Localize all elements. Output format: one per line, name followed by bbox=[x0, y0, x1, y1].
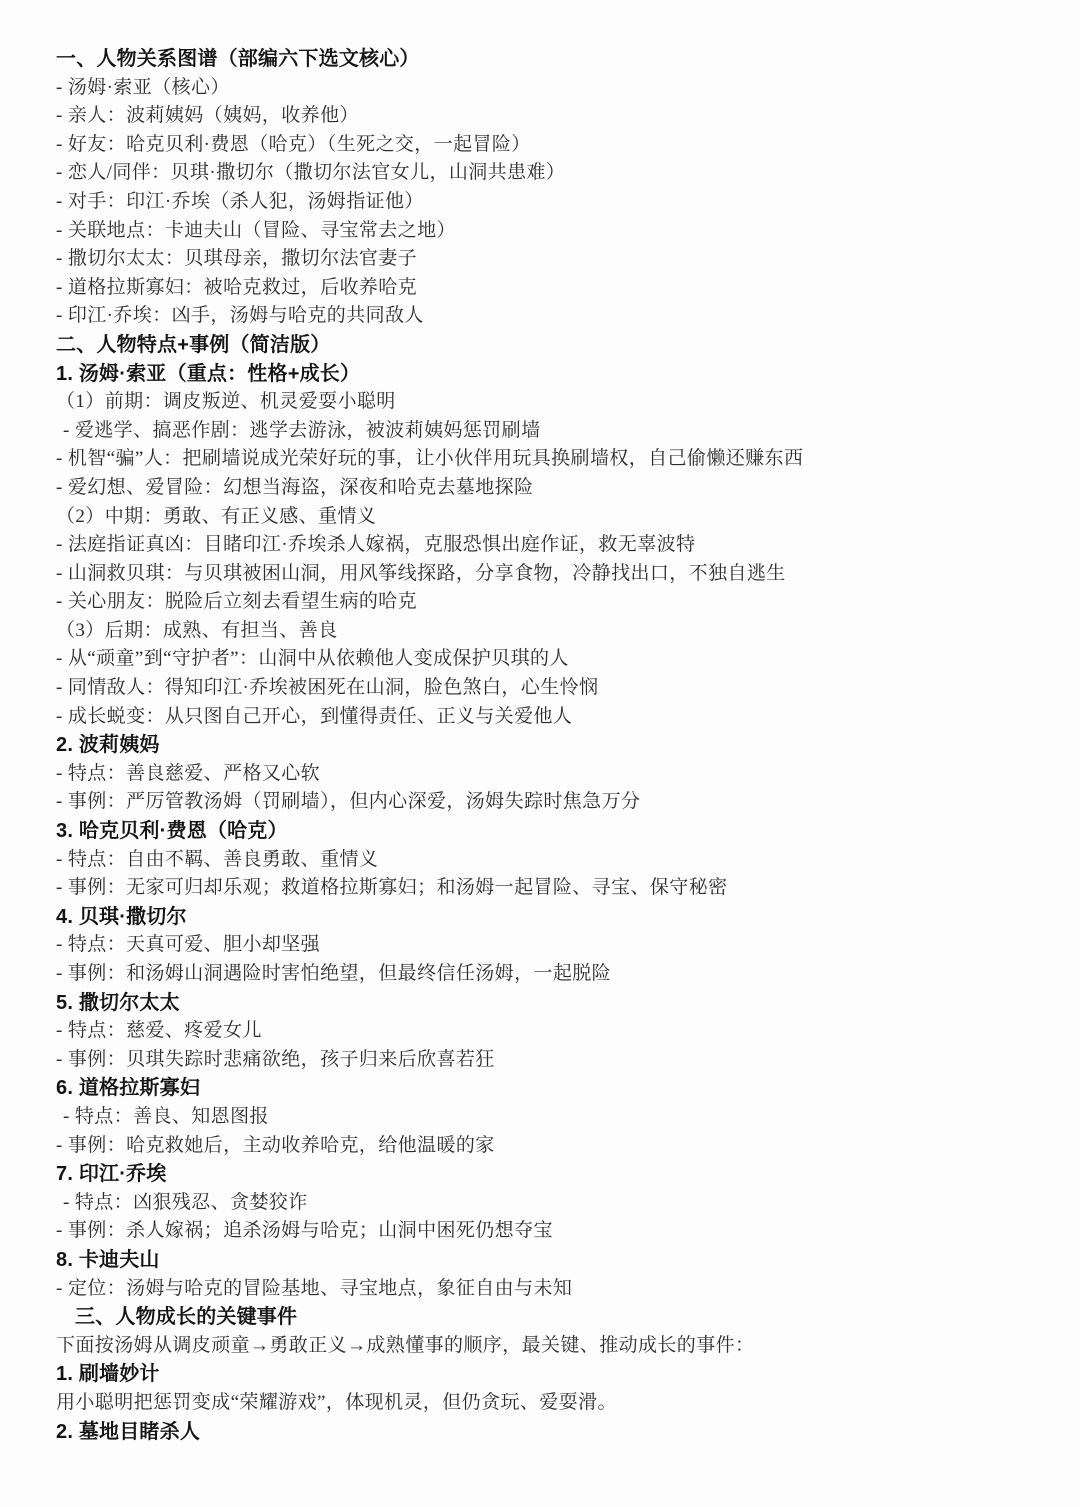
event-description: 用小聪明把惩罚变成“荣耀游戏”，体现机灵，但仍贪玩、爱耍滑。 bbox=[56, 1389, 1050, 1418]
character-heading-tom: 1. 汤姆·索亚（重点：性格+成长） bbox=[56, 360, 1050, 389]
character-heading-huck: 3. 哈克贝利·费恩（哈克） bbox=[56, 817, 1050, 846]
section-3-heading: 三、人物成长的关键事件 bbox=[56, 1303, 1050, 1332]
character-detail-line: - 爱幻想、爱冒险：幻想当海盗，深夜和哈克去墓地探险 bbox=[56, 474, 1050, 503]
character-detail-line: - 特点：慈爱、疼爱女儿 bbox=[56, 1017, 1050, 1046]
character-detail-line: - 事例：严厉管教汤姆（罚刷墙），但内心深爱，汤姆失踪时焦急万分 bbox=[56, 788, 1050, 817]
event-heading: 2. 墓地目睹杀人 bbox=[56, 1418, 1050, 1447]
relationship-line: - 道格拉斯寡妇：被哈克救过，后收养哈克 bbox=[56, 274, 1050, 303]
character-detail-line: - 事例：和汤姆山洞遇险时害怕绝望，但最终信任汤姆，一起脱险 bbox=[56, 960, 1050, 989]
relationship-line: - 对手：印江·乔埃（杀人犯，汤姆指证他） bbox=[56, 188, 1050, 217]
character-heading-widow-douglas: 6. 道格拉斯寡妇 bbox=[56, 1074, 1050, 1103]
character-detail-line: - 关心朋友：脱险后立刻去看望生病的哈克 bbox=[56, 588, 1050, 617]
character-heading-injun-joe: 7. 印江·乔埃 bbox=[56, 1160, 1050, 1189]
relationship-line: - 汤姆·索亚（核心） bbox=[56, 74, 1050, 103]
relationship-line: - 撒切尔太太：贝琪母亲，撒切尔法官妻子 bbox=[56, 245, 1050, 274]
relationship-line: - 好友：哈克贝利·费恩（哈克）（生死之交，一起冒险） bbox=[56, 131, 1050, 160]
section-2-heading: 二、人物特点+事例（简洁版） bbox=[56, 331, 1050, 360]
section-3-intro: 下面按汤姆从调皮顽童→勇敢正义→成熟懂事的顺序，最关键、推动成长的事件： bbox=[56, 1332, 1050, 1361]
character-detail-line: - 特点：善良、知恩图报 bbox=[56, 1103, 1050, 1132]
character-detail-line: （2）中期：勇敢、有正义感、重情义 bbox=[56, 503, 1050, 532]
character-detail-line: - 事例：无家可归却乐观；救道格拉斯寡妇；和汤姆一起冒险、寻宝、保守秘密 bbox=[56, 874, 1050, 903]
character-detail-line: （3）后期：成熟、有担当、善良 bbox=[56, 617, 1050, 646]
relationship-line: - 印江·乔埃：凶手，汤姆与哈克的共同敌人 bbox=[56, 302, 1050, 331]
character-detail-line: - 从“顽童”到“守护者”：山洞中从依赖他人变成保护贝琪的人 bbox=[56, 645, 1050, 674]
character-detail-line: - 同情敌人：得知印江·乔埃被困死在山洞，脸色煞白，心生怜悯 bbox=[56, 674, 1050, 703]
character-detail-line: （1）前期：调皮叛逆、机灵爱耍小聪明 bbox=[56, 388, 1050, 417]
character-detail-line: - 定位：汤姆与哈克的冒险基地、寻宝地点，象征自由与未知 bbox=[56, 1275, 1050, 1304]
relationship-line: - 关联地点：卡迪夫山（冒险、寻宝常去之地） bbox=[56, 217, 1050, 246]
relationship-line: - 亲人：波莉姨妈（姨妈，收养他） bbox=[56, 102, 1050, 131]
character-detail-line: - 事例：杀人嫁祸；追杀汤姆与哈克；山洞中困死仍想夺宝 bbox=[56, 1217, 1050, 1246]
character-detail-line: - 特点：天真可爱、胆小却坚强 bbox=[56, 931, 1050, 960]
character-detail-line: - 机智“骗”人：把刷墙说成光荣好玩的事，让小伙伴用玩具换刷墙权，自己偷懒还赚东… bbox=[56, 445, 1050, 474]
character-detail-line: - 特点：善良慈爱、严格又心软 bbox=[56, 760, 1050, 789]
character-detail-line: - 法庭指证真凶：目睹印江·乔埃杀人嫁祸，克服恐惧出庭作证，救无辜波特 bbox=[56, 531, 1050, 560]
character-detail-line: - 爱逃学、搞恶作剧：逃学去游泳，被波莉姨妈惩罚刷墙 bbox=[56, 417, 1050, 446]
character-detail-line: - 事例：贝琪失踪时悲痛欲绝，孩子归来后欣喜若狂 bbox=[56, 1046, 1050, 1075]
section-1-heading: 一、人物关系图谱（部编六下选文核心） bbox=[56, 45, 1050, 74]
character-heading-cardiff-hill: 8. 卡迪夫山 bbox=[56, 1246, 1050, 1275]
character-heading-mrs-thatcher: 5. 撒切尔太太 bbox=[56, 989, 1050, 1018]
character-detail-line: - 特点：自由不羁、善良勇敢、重情义 bbox=[56, 846, 1050, 875]
event-heading: 1. 刷墙妙计 bbox=[56, 1360, 1050, 1389]
character-detail-line: - 成长蜕变：从只图自己开心，到懂得责任、正义与关爱他人 bbox=[56, 703, 1050, 732]
character-heading-aunt-polly: 2. 波莉姨妈 bbox=[56, 731, 1050, 760]
character-heading-becky: 4. 贝琪·撒切尔 bbox=[56, 903, 1050, 932]
relationship-line: - 恋人/同伴：贝琪·撒切尔（撒切尔法官女儿，山洞共患难） bbox=[56, 159, 1050, 188]
character-detail-line: - 事例：哈克救她后，主动收养哈克，给他温暖的家 bbox=[56, 1132, 1050, 1161]
document-page: 一、人物关系图谱（部编六下选文核心） - 汤姆·索亚（核心） - 亲人：波莉姨妈… bbox=[0, 0, 1080, 1507]
character-detail-line: - 特点：凶狠残忍、贪婪狡诈 bbox=[56, 1189, 1050, 1218]
character-detail-line: - 山洞救贝琪：与贝琪被困山洞，用风筝线探路，分享食物，冷静找出口，不独自逃生 bbox=[56, 560, 1050, 589]
